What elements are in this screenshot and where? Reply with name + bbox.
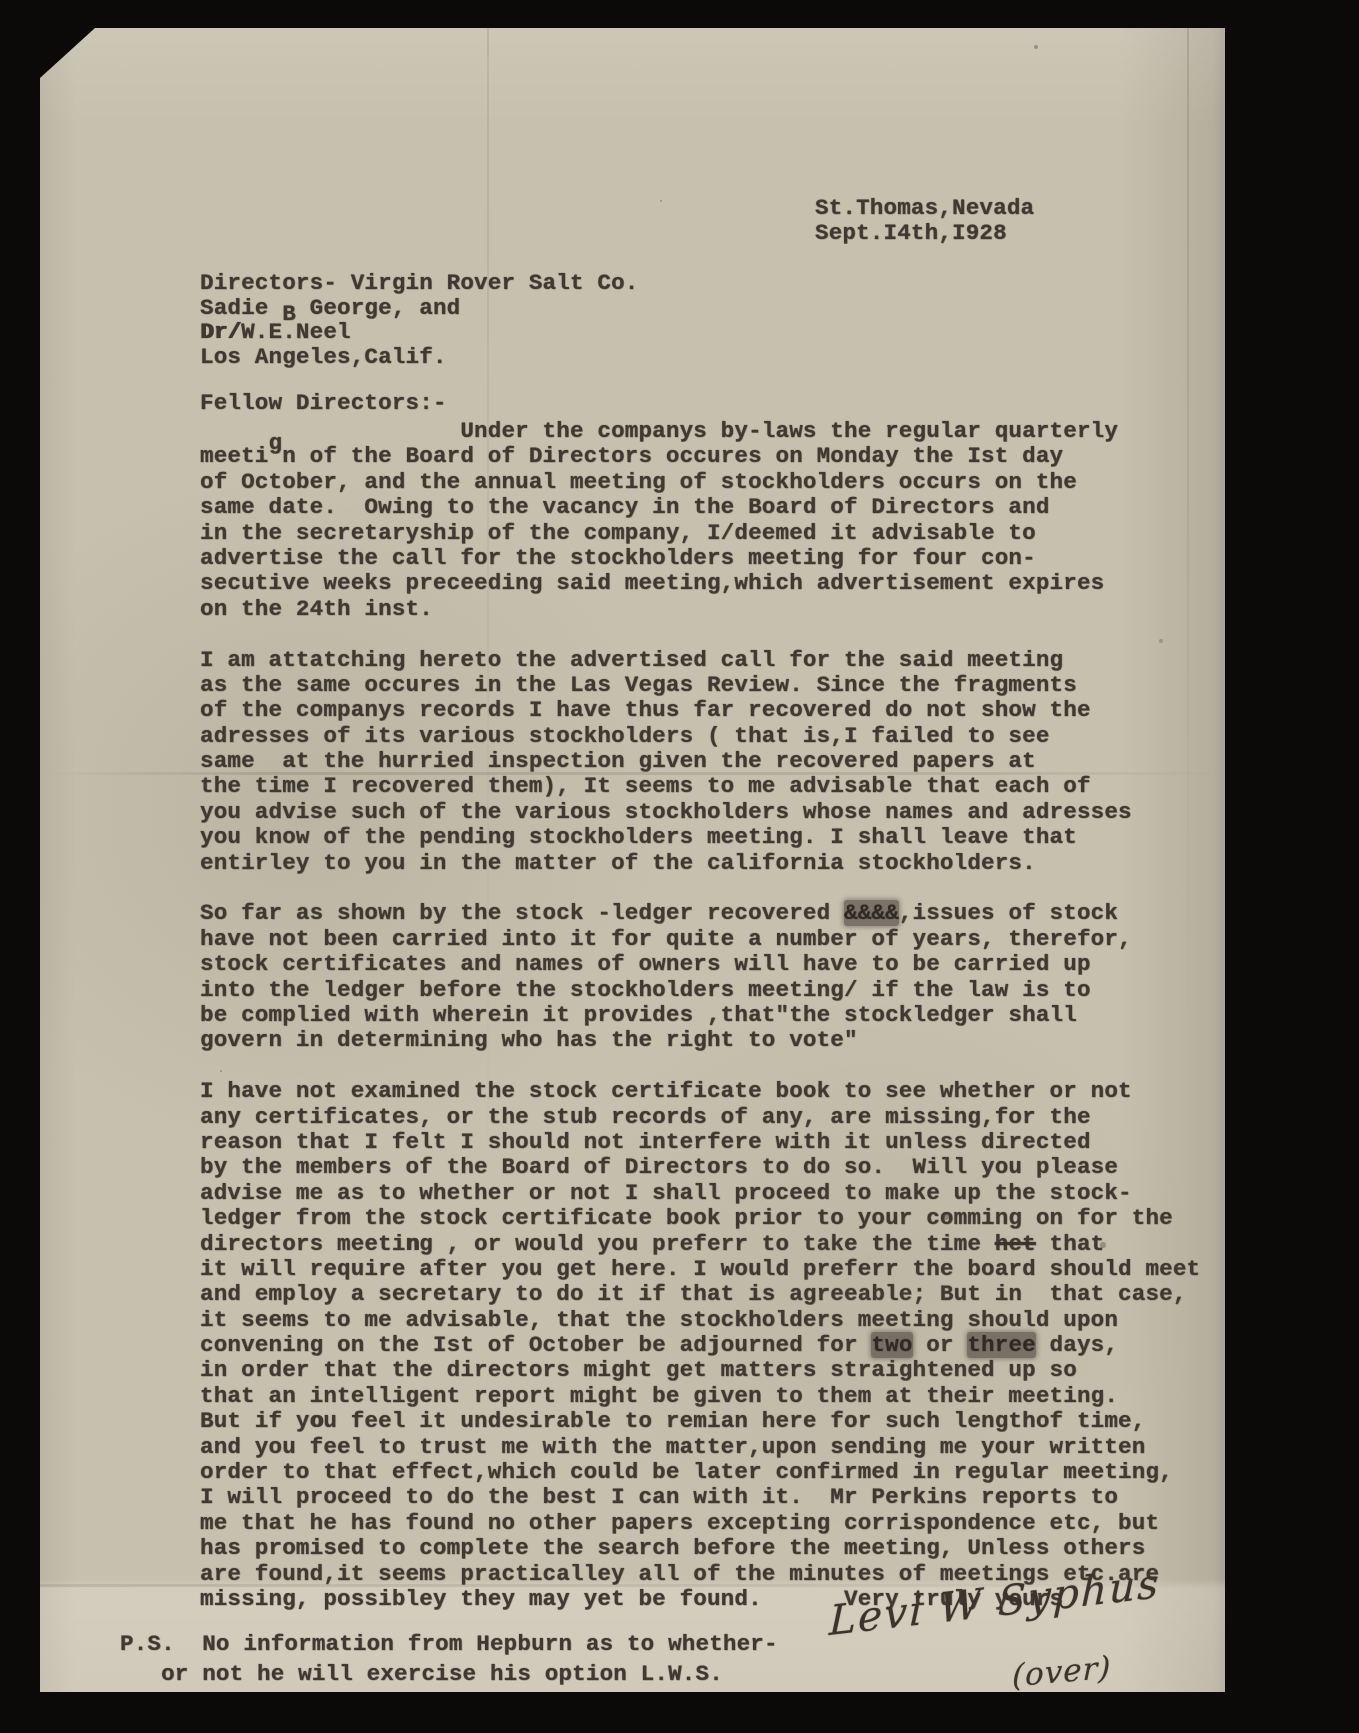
place-line: St.Thomas,Nevada bbox=[815, 195, 1034, 220]
typed-line: and you feel to trust me with the matter… bbox=[200, 1434, 1200, 1459]
typed-line: on the 24th inst. bbox=[200, 596, 1200, 621]
typed-line: directors meeting , or would you preferr… bbox=[200, 1231, 1200, 1256]
typed-line: ledger from the stock certificate book p… bbox=[200, 1205, 1200, 1230]
signature-over-note: (over) bbox=[1012, 1650, 1112, 1695]
typed-line: the time I recovered them), It seems to … bbox=[200, 773, 1200, 798]
typed-line: you know of the pending stockholders mee… bbox=[200, 824, 1200, 849]
date-line: Sept.I4th,I928 bbox=[815, 220, 1034, 245]
typed-line: by the members of the Board of Directors… bbox=[200, 1154, 1200, 1179]
typed-line: it seems to me advisable, that the stock… bbox=[200, 1307, 1200, 1332]
letter-body: Under the companys by-laws the regular q… bbox=[200, 418, 1200, 1611]
recipient-block: Directors- Virgin Rover Salt Co.Sadie B … bbox=[200, 270, 638, 368]
typed-line: reason that I felt I should not interfer… bbox=[200, 1129, 1200, 1154]
typed-line: of the companys records I have thus far … bbox=[200, 697, 1200, 722]
typed-line bbox=[200, 875, 1200, 900]
typed-line: you advise such of the various stockhold… bbox=[200, 799, 1200, 824]
typed-line: convening on the Ist of October be adjou… bbox=[200, 1332, 1200, 1357]
typed-line: I have not examined the stock certificat… bbox=[200, 1078, 1200, 1103]
typed-line: So far as shown by the stock -ledger rec… bbox=[200, 900, 1200, 925]
paper-specks bbox=[40, 28, 42, 30]
typed-line: me that he has found no other papers exc… bbox=[200, 1510, 1200, 1535]
salutation: Fellow Directors:- bbox=[200, 390, 447, 416]
typed-line: Dr/W.E.Neel bbox=[200, 319, 638, 344]
typed-line: I am attatching hereto the advertised ca… bbox=[200, 647, 1200, 672]
typed-line: it will require after you get here. I wo… bbox=[200, 1256, 1200, 1281]
typed-line: advise me as to whether or not I shall p… bbox=[200, 1180, 1200, 1205]
typed-line: Under the companys by-laws the regular q… bbox=[200, 418, 1200, 443]
typed-line: in the secretaryship of the company, I/d… bbox=[200, 520, 1200, 545]
typed-line: Directors- Virgin Rover Salt Co. bbox=[200, 270, 638, 295]
typed-line: any certificates, or the stub records of… bbox=[200, 1104, 1200, 1129]
typed-line: has promised to complete the search befo… bbox=[200, 1535, 1200, 1560]
dateline-block: St.Thomas,Nevada Sept.I4th,I928 bbox=[815, 195, 1034, 246]
typed-line: Sadie B George, and bbox=[200, 295, 638, 320]
typed-line bbox=[200, 1053, 1200, 1078]
typed-line: same date. Owing to the vacancy in the B… bbox=[200, 494, 1200, 519]
typed-line: P.S. No information from Hepburn as to w… bbox=[120, 1631, 778, 1661]
typed-line: entirley to you in the matter of the cal… bbox=[200, 850, 1200, 875]
typed-line: adresses of its various stockholders ( t… bbox=[200, 723, 1200, 748]
typed-line: Los Angeles,Calif. bbox=[200, 344, 638, 369]
typed-line: in order that the directors might get ma… bbox=[200, 1357, 1200, 1382]
typed-line: same at the hurried inspection given the… bbox=[200, 748, 1200, 773]
typed-line: have not been carried into it for quite … bbox=[200, 926, 1200, 951]
typed-line: govern in determining who has the right … bbox=[200, 1027, 1200, 1052]
typed-line: into the ledger before the stockholders … bbox=[200, 977, 1200, 1002]
typed-line: order to that effect,which could be late… bbox=[200, 1459, 1200, 1484]
typed-line: meetign of the Board of Directors occure… bbox=[200, 443, 1200, 468]
typed-line: advertise the call for the stockholders … bbox=[200, 545, 1200, 570]
typed-line: and employ a secretary to do it if that … bbox=[200, 1281, 1200, 1306]
postscript-block: P.S. No information from Hepburn as to w… bbox=[120, 1631, 778, 1691]
typed-line: of October, and the annual meeting of st… bbox=[200, 469, 1200, 494]
letter-page: St.Thomas,Nevada Sept.I4th,I928 Director… bbox=[40, 28, 1225, 1692]
typed-line: or not he will exercise his option L.W.S… bbox=[120, 1661, 778, 1691]
typed-line: But if you feel it undesirable to remian… bbox=[200, 1408, 1200, 1433]
typed-line: as the same occures in the Las Vegas Rev… bbox=[200, 672, 1200, 697]
typed-line: that an intelligent report might be give… bbox=[200, 1383, 1200, 1408]
typed-line: secutive weeks preceeding said meeting,w… bbox=[200, 570, 1200, 595]
typed-line: stock certificates and names of owners w… bbox=[200, 951, 1200, 976]
typed-line: I will proceed to do the best I can with… bbox=[200, 1484, 1200, 1509]
typed-line: be complied with wherein it provides ,th… bbox=[200, 1002, 1200, 1027]
typed-line bbox=[200, 621, 1200, 646]
scan-background: St.Thomas,Nevada Sept.I4th,I928 Director… bbox=[0, 0, 1359, 1733]
